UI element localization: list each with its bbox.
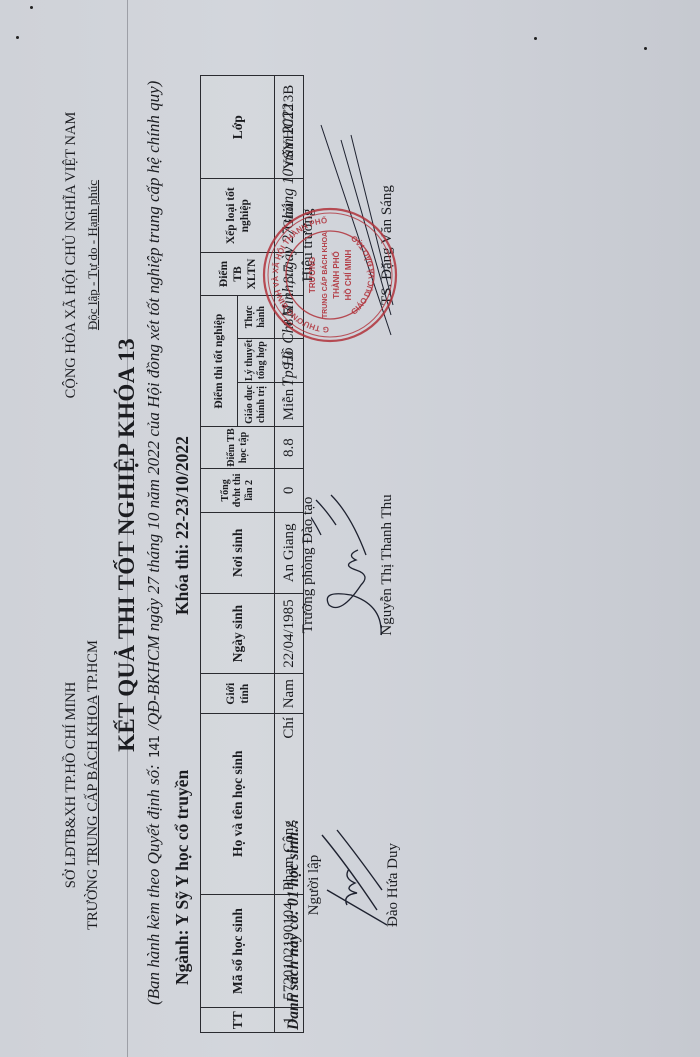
student-count-note: Danh sách này có: 01 học sinh./. xyxy=(285,820,303,1030)
name-last: Chí xyxy=(281,717,298,739)
school-name-underlined: TRUNG CẤP BÁCH KHOA xyxy=(85,695,101,865)
official-seal-stamp-icon: SỞ LAO ĐỘNG THƯƠNG BINH VÀ XÃ HỘI THÀNH … xyxy=(260,205,400,345)
header-tt: TT xyxy=(201,1008,275,1033)
preparer-signature-block: Người lập Đào Hứa Duy xyxy=(306,805,402,965)
svg-text:TRƯỜNG: TRƯỜNG xyxy=(308,257,317,293)
svg-text:HỒ CHÍ MINH: HỒ CHÍ MINH xyxy=(343,249,353,300)
header-dob: Ngày sinh xyxy=(201,593,275,674)
header-birthplace: Nơi sinh xyxy=(201,513,275,594)
preparer-signature xyxy=(323,805,385,965)
training-head-signature xyxy=(317,425,379,705)
svg-text:GIÁO DỤC VÀ ĐÀO TẠO: GIÁO DỤC VÀ ĐÀO TẠO xyxy=(350,233,377,316)
header-full-name: Họ và tên học sinh xyxy=(201,713,275,894)
national-motto-header: CỘNG HÒA XÃ HỘI CHỦ NGHĨA VIỆT NAM Độc l… xyxy=(60,65,104,445)
handwritten-signature-icon xyxy=(317,825,397,945)
national-motto: Độc lập - Tự do - Hạnh phúc xyxy=(82,65,104,445)
paper-speck xyxy=(30,6,33,9)
header-student-id: Mã số học sinh xyxy=(201,894,275,1008)
header-gpa: Điểm TB học tập xyxy=(201,427,275,468)
handwritten-signature-icon xyxy=(311,465,391,665)
document-title: KẾT QUẢ THI TỐT NGHIỆP KHÓA 13 xyxy=(114,45,140,1045)
header-gender: Giới tính xyxy=(201,674,275,714)
header-class: Lớp xyxy=(201,76,275,179)
paper-speck xyxy=(534,37,537,40)
school-name-suffix: TP.HCM xyxy=(85,640,101,695)
handwritten-decision-number: 141 xyxy=(148,734,163,760)
paper-speck xyxy=(16,36,19,39)
department-name: SỞ LĐTB&XH TP.HỒ CHÍ MINH xyxy=(60,575,82,995)
major-label: Ngành: Y Sỹ Y học cổ truyền xyxy=(172,770,193,985)
header-exam-politics: Giáo dục chính trị xyxy=(238,382,275,427)
header-retake-credits: Tổng đvht thi lần 2 xyxy=(201,468,275,512)
school-name: TRƯỜNG TRUNG CẤP BÁCH KHOA TP.HCM xyxy=(82,575,104,995)
decision-suffix: /QĐ-BKHCM ngày 27 tháng 10 năm 2022 của … xyxy=(144,81,163,734)
svg-text:THÀNH PHỐ: THÀNH PHỐ xyxy=(331,251,341,299)
issuing-agency-header: SỞ LĐTB&XH TP.HỒ CHÍ MINH TRƯỜNG TRUNG C… xyxy=(60,575,104,995)
school-name-prefix: TRƯỜNG xyxy=(85,865,101,930)
decision-prefix: (Ban hành kèm theo Quyết định số: xyxy=(144,760,163,1005)
decision-reference: (Ban hành kèm theo Quyết định số: 141 /Q… xyxy=(144,45,164,1005)
country-name: CỘNG HÒA XÃ HỘI CHỦ NGHĨA VIỆT NAM xyxy=(60,65,82,445)
header-exam-group: Điểm thi tốt nghiệp xyxy=(201,295,238,426)
document-page: SỞ LĐTB&XH TP.HỒ CHÍ MINH TRƯỜNG TRUNG C… xyxy=(50,45,690,1045)
exam-term-label: Khóa thi: 22-23/10/2022 xyxy=(172,436,193,615)
training-head-signature-block: Trưởng phòng Đào tạo Nguyễn Thị Thanh Th… xyxy=(300,425,396,705)
svg-text:TRUNG CẤP BÁCH KHOA: TRUNG CẤP BÁCH KHOA xyxy=(319,232,329,318)
